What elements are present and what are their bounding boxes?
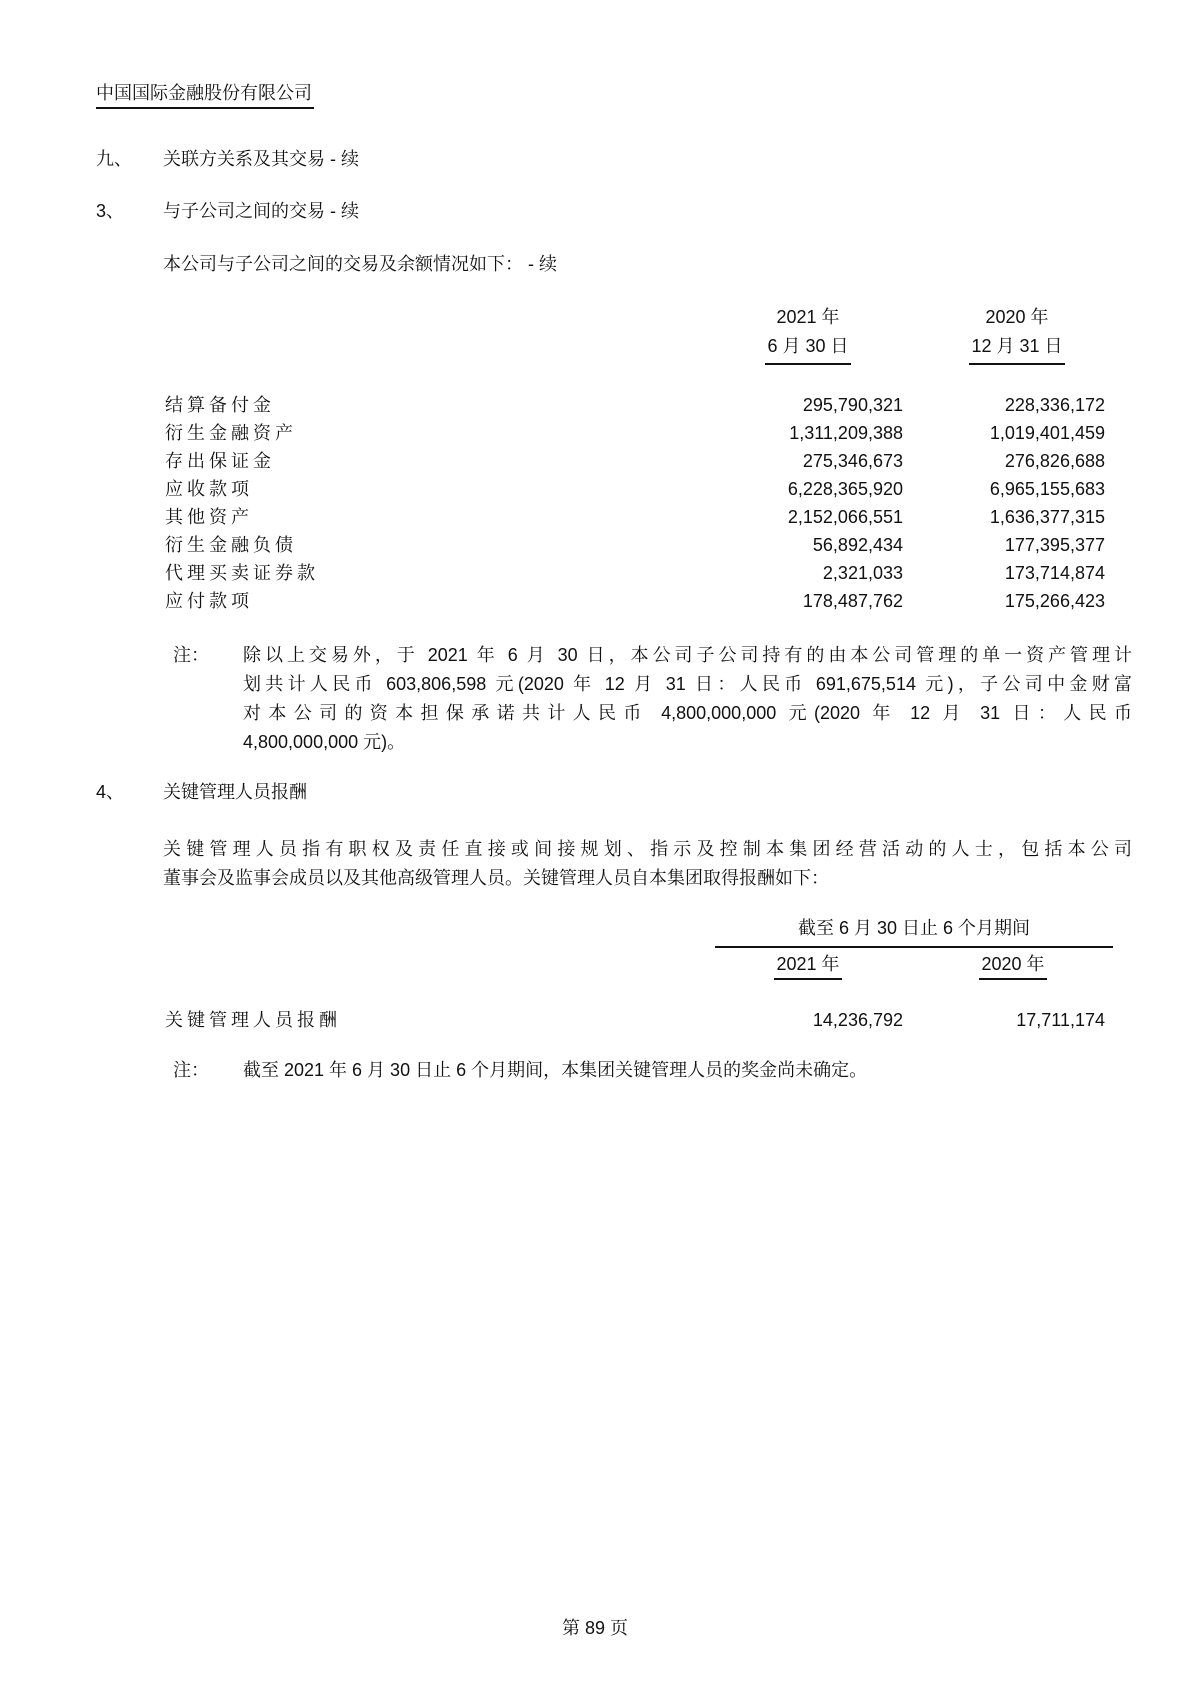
row-value-2020: 1,636,377,315 bbox=[990, 505, 1105, 529]
table2-period-header: 截至 6 月 30 日止 6 个月期间 bbox=[715, 916, 1113, 948]
note-1-line: 划共计人民币 603,806,598 元(2020 年 12 月 31 日：人民… bbox=[243, 672, 1132, 696]
row-value-2020: 1,019,401,459 bbox=[990, 421, 1105, 445]
row-value-2020: 228,336,172 bbox=[1005, 393, 1105, 417]
row-value-2020: 175,266,423 bbox=[1005, 589, 1105, 613]
row-value-2020: 276,826,688 bbox=[1005, 449, 1105, 473]
table-row: 结算备付金 295,790,321 228,336,172 bbox=[163, 393, 1105, 421]
table1-col2-header: 2020 年 12 月 31 日 bbox=[947, 303, 1087, 365]
note-1-line: 对本公司的资本担保承诺共计人民币 4,800,000,000 元(2020 年 … bbox=[243, 701, 1132, 725]
table2-col1-header: 2021 年 bbox=[738, 952, 878, 980]
row-label: 关键管理人员报酬 bbox=[165, 1008, 341, 1032]
row-label: 应收款项 bbox=[165, 477, 253, 501]
row-label: 其他资产 bbox=[165, 505, 253, 529]
row-value-2020: 17,711,174 bbox=[1016, 1008, 1105, 1032]
section-9-number: 九、 bbox=[96, 147, 132, 171]
note-2-text: 截至 2021 年 6 月 30 日止 6 个月期间，本集团关键管理人员的奖金尚… bbox=[243, 1058, 867, 1082]
table1-col1-header: 2021 年 6 月 30 日 bbox=[738, 303, 878, 365]
table-row: 存出保证金 275,346,673 276,826,688 bbox=[163, 449, 1105, 477]
company-name: 中国国际金融股份有限公司 bbox=[96, 81, 314, 109]
row-value-2021: 295,790,321 bbox=[803, 393, 903, 417]
document-page: 中国国际金融股份有限公司 九、 关联方关系及其交易 - 续 3、 与子公司之间的… bbox=[0, 0, 1190, 1683]
row-value-2021: 2,152,066,551 bbox=[788, 505, 903, 529]
table1-col1-year: 2021 年 bbox=[738, 303, 878, 332]
row-value-2020: 177,395,377 bbox=[1005, 533, 1105, 557]
row-label: 衍生金融资产 bbox=[165, 421, 297, 445]
table1-col2-date: 12 月 31 日 bbox=[947, 332, 1087, 365]
paragraph-line: 关键管理人员指有职权及责任直接或间接规划、指示及控制本集团经营活动的人士，包括本… bbox=[163, 837, 1132, 861]
table-row: 衍生金融负债 56,892,434 177,395,377 bbox=[163, 533, 1105, 561]
section-3-number: 3、 bbox=[96, 199, 124, 223]
note-1-label: 注： bbox=[173, 643, 209, 667]
table-row: 关键管理人员报酬 14,236,792 17,711,174 bbox=[163, 1008, 1105, 1036]
table-row: 衍生金融资产 1,311,209,388 1,019,401,459 bbox=[163, 421, 1105, 449]
table-row: 其他资产 2,152,066,551 1,636,377,315 bbox=[163, 505, 1105, 533]
paragraph-line: 董事会及监事会成员以及其他高级管理人员。关键管理人员自本集团取得报酬如下： bbox=[163, 866, 829, 890]
table1-intro: 本公司与子公司之间的交易及余额情况如下： - 续 bbox=[163, 252, 557, 276]
page-number: 第 89 页 bbox=[0, 1616, 1190, 1640]
table-row: 应付款项 178,487,762 175,266,423 bbox=[163, 589, 1105, 617]
row-value-2021: 1,311,209,388 bbox=[789, 421, 903, 445]
row-value-2021: 2,321,033 bbox=[823, 561, 903, 585]
row-value-2020: 6,965,155,683 bbox=[990, 477, 1105, 501]
note-2-label: 注： bbox=[173, 1058, 209, 1082]
row-label: 代理买卖证券款 bbox=[165, 561, 319, 585]
row-label: 应付款项 bbox=[165, 589, 253, 613]
table1-col2-year: 2020 年 bbox=[947, 303, 1087, 332]
balances-table: 2021 年 6 月 30 日 2020 年 12 月 31 日 结算备付金 2… bbox=[163, 303, 1105, 633]
row-value-2020: 173,714,874 bbox=[1005, 561, 1105, 585]
company-name-text: 中国国际金融股份有限公司 bbox=[96, 81, 314, 109]
row-value-2021: 275,346,673 bbox=[803, 449, 903, 473]
note-1-line: 4,800,000,000 元)。 bbox=[243, 730, 405, 754]
section-4-number: 4、 bbox=[96, 780, 124, 804]
row-label: 结算备付金 bbox=[165, 393, 275, 417]
row-value-2021: 178,487,762 bbox=[803, 589, 903, 613]
row-label: 衍生金融负债 bbox=[165, 533, 297, 557]
row-value-2021: 56,892,434 bbox=[813, 533, 903, 557]
table-row: 应收款项 6,228,365,920 6,965,155,683 bbox=[163, 477, 1105, 505]
row-label: 存出保证金 bbox=[165, 449, 275, 473]
section-9-title: 关联方关系及其交易 - 续 bbox=[163, 147, 359, 171]
table-row: 代理买卖证券款 2,321,033 173,714,874 bbox=[163, 561, 1105, 589]
section-3-title: 与子公司之间的交易 - 续 bbox=[163, 199, 359, 223]
table1-col1-date: 6 月 30 日 bbox=[738, 332, 878, 365]
section-4-title: 关键管理人员报酬 bbox=[163, 780, 307, 804]
remuneration-table: 截至 6 月 30 日止 6 个月期间 2021 年 2020 年 关键管理人员… bbox=[163, 916, 1105, 1046]
row-value-2021: 6,228,365,920 bbox=[788, 477, 903, 501]
row-value-2021: 14,236,792 bbox=[813, 1008, 903, 1032]
note-1-line: 除以上交易外，于 2021 年 6 月 30 日，本公司子公司持有的由本公司管理… bbox=[243, 643, 1132, 667]
table2-col2-header: 2020 年 bbox=[943, 952, 1083, 980]
